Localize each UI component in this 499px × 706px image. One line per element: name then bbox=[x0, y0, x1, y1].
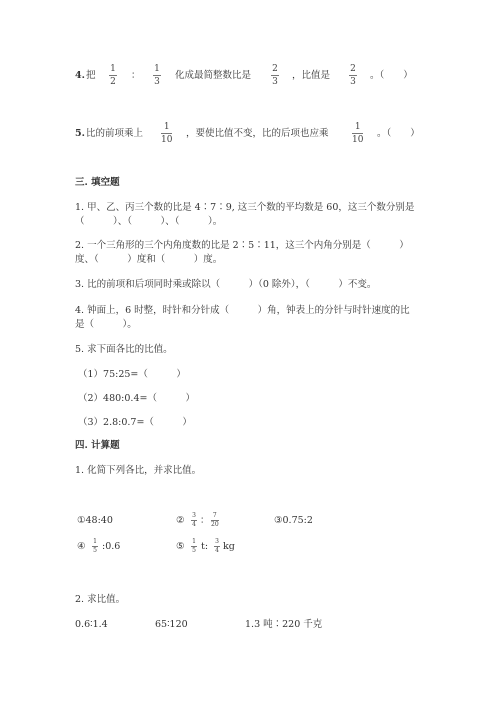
question-text: 1. 化简下列各比，并求比值。 bbox=[75, 465, 201, 477]
denominator: 20 bbox=[211, 521, 219, 528]
numerator: 2 bbox=[350, 64, 356, 74]
item-label: ④ bbox=[77, 541, 86, 553]
question-text: 把 bbox=[86, 70, 96, 82]
sub-item[interactable]: （1）75:25=（ ） bbox=[78, 369, 186, 381]
numerator: 1 bbox=[164, 122, 170, 132]
answer-blank[interactable]: 。（ ） bbox=[377, 128, 420, 140]
item-label: ⑤ bbox=[176, 541, 185, 553]
denominator: 4 bbox=[215, 547, 219, 554]
answer-blank[interactable]: 。（ ） bbox=[370, 70, 413, 82]
numerator: 1 bbox=[192, 538, 196, 545]
answer-blanks[interactable]: 是（ ）。 bbox=[75, 319, 137, 331]
denominator: 3 bbox=[272, 77, 278, 87]
denominator: 3 bbox=[350, 77, 356, 87]
ratio-item: 0.6∶1.4 bbox=[75, 619, 108, 631]
fraction: 34 bbox=[191, 512, 197, 528]
fraction: 23 bbox=[349, 64, 357, 87]
calc-item-1: ①48:40 bbox=[77, 515, 113, 527]
fraction: 110 bbox=[161, 122, 172, 145]
question-text: 比的前项乘上 bbox=[86, 128, 143, 140]
sub-item[interactable]: （2）480:0.4=（ ） bbox=[78, 393, 195, 405]
numerator: 3 bbox=[192, 512, 196, 519]
question-number: 4. bbox=[75, 70, 85, 82]
fraction: 720 bbox=[211, 512, 219, 528]
numerator: 7 bbox=[213, 512, 217, 519]
denominator: 2 bbox=[110, 77, 116, 87]
fraction: 15 bbox=[191, 538, 197, 554]
denominator: 10 bbox=[161, 135, 172, 145]
fraction: 34 bbox=[214, 538, 220, 554]
denominator: 3 bbox=[154, 77, 160, 87]
question-text: ，要使比值不变，比的后项也应乘 bbox=[186, 128, 329, 140]
fraction: 15 bbox=[92, 538, 98, 554]
numerator: 1 bbox=[355, 122, 361, 132]
denominator: 4 bbox=[192, 521, 196, 528]
question-text: 化成最简整数比是 bbox=[175, 70, 251, 82]
numerator: 1 bbox=[110, 64, 116, 74]
item-mid: t: bbox=[201, 541, 208, 553]
numerator: 3 bbox=[215, 538, 219, 545]
item-unit: kg bbox=[223, 541, 235, 553]
question-number: 5. bbox=[75, 128, 85, 140]
item-rest: :0.6 bbox=[102, 541, 120, 553]
fraction: 12 bbox=[109, 64, 117, 87]
denominator: 5 bbox=[93, 547, 97, 554]
numerator: 2 bbox=[272, 64, 278, 74]
colon: ： bbox=[200, 515, 210, 527]
denominator: 5 bbox=[192, 547, 196, 554]
section-title-fill: 三. 填空题 bbox=[75, 177, 120, 189]
numerator: 1 bbox=[154, 64, 160, 74]
calc-item-3: ③0.75:2 bbox=[274, 515, 313, 527]
ratio-item: 1.3 吨∶220 千克 bbox=[245, 619, 322, 631]
question-text: 1. 甲、乙、丙三个数的比是 4∶7∶9, 这三个数的平均数是 60，这三个数分… bbox=[75, 202, 414, 214]
item-label: ② bbox=[176, 515, 185, 527]
fraction: 23 bbox=[271, 64, 279, 87]
sub-item[interactable]: （3）2.8:0.7=（ ） bbox=[78, 417, 192, 429]
question-text: 4. 钟面上，6 时整，时针和分针成（ ）角，钟表上的分针与时针速度的比 bbox=[75, 305, 410, 317]
answer-blanks[interactable]: （ ）、（ ）、（ ）。 bbox=[75, 216, 222, 228]
numerator: 1 bbox=[93, 538, 97, 545]
section-title-calc: 四. 计算题 bbox=[75, 440, 120, 452]
ratio-item: 65∶120 bbox=[155, 619, 188, 631]
question-text: 3. 比的前项和后项同时乘或除以（ ）（0 除外），（ ）不变。 bbox=[75, 279, 376, 291]
answer-blanks[interactable]: 度、（ ）度和（ ）度。 bbox=[75, 254, 222, 266]
question-text: 2. 求比值。 bbox=[75, 594, 125, 606]
fraction: 13 bbox=[153, 64, 161, 87]
question-text: ，比值是 bbox=[292, 70, 330, 82]
question-text: 2. 一个三角形的三个内角度数的比是 2∶5∶11，这三个内角分别是（ ） bbox=[75, 240, 409, 252]
fraction: 110 bbox=[352, 122, 363, 145]
question-text: 5. 求下面各比的比值。 bbox=[75, 344, 173, 356]
denominator: 10 bbox=[352, 135, 363, 145]
colon: ： bbox=[131, 70, 141, 82]
